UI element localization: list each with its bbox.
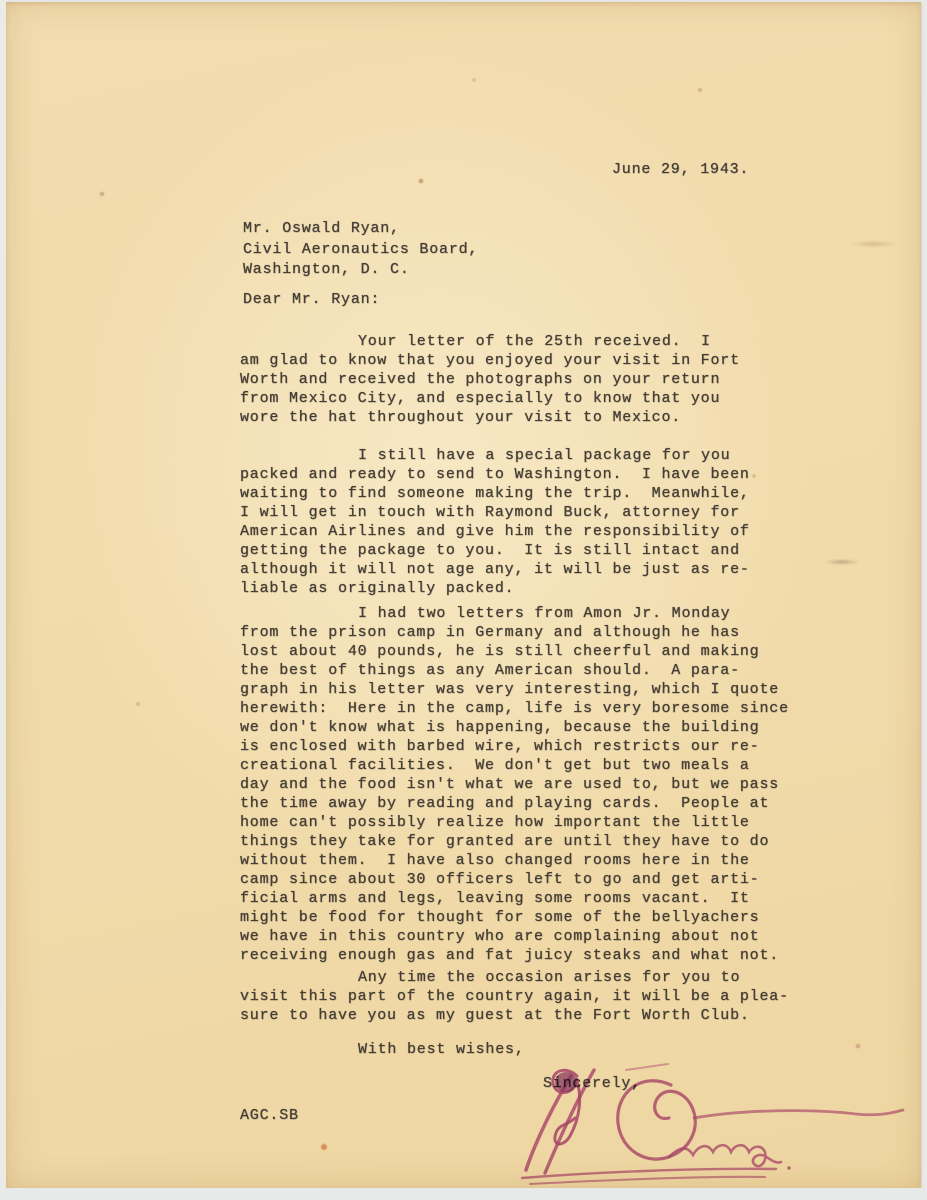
letter-scan: June 29, 1943. Mr. Oswald Ryan, Civil Ae… — [0, 0, 927, 1200]
ink-blob — [555, 1072, 577, 1092]
paragraph-4: Any time the occasion arises for you to … — [240, 968, 840, 1025]
letter-paper: June 29, 1943. Mr. Oswald Ryan, Civil Ae… — [6, 2, 921, 1188]
salutation: Dear Mr. Ryan: — [243, 290, 380, 309]
paragraph-3: I had two letters from Amon Jr. Monday f… — [240, 604, 840, 965]
scan-edge-left — [0, 0, 6, 1200]
typist-initials: AGC.SB — [240, 1106, 299, 1125]
letter-date: June 29, 1943. — [612, 160, 749, 179]
signature-handwriting-icon — [518, 1052, 927, 1197]
closing-line: With best wishes, — [358, 1040, 525, 1059]
recipient-address: Mr. Oswald Ryan, Civil Aeronautics Board… — [243, 219, 478, 281]
paragraph-2: I still have a special package for you p… — [240, 446, 840, 598]
paragraph-1: Your letter of the 25th received. I am g… — [240, 332, 840, 427]
